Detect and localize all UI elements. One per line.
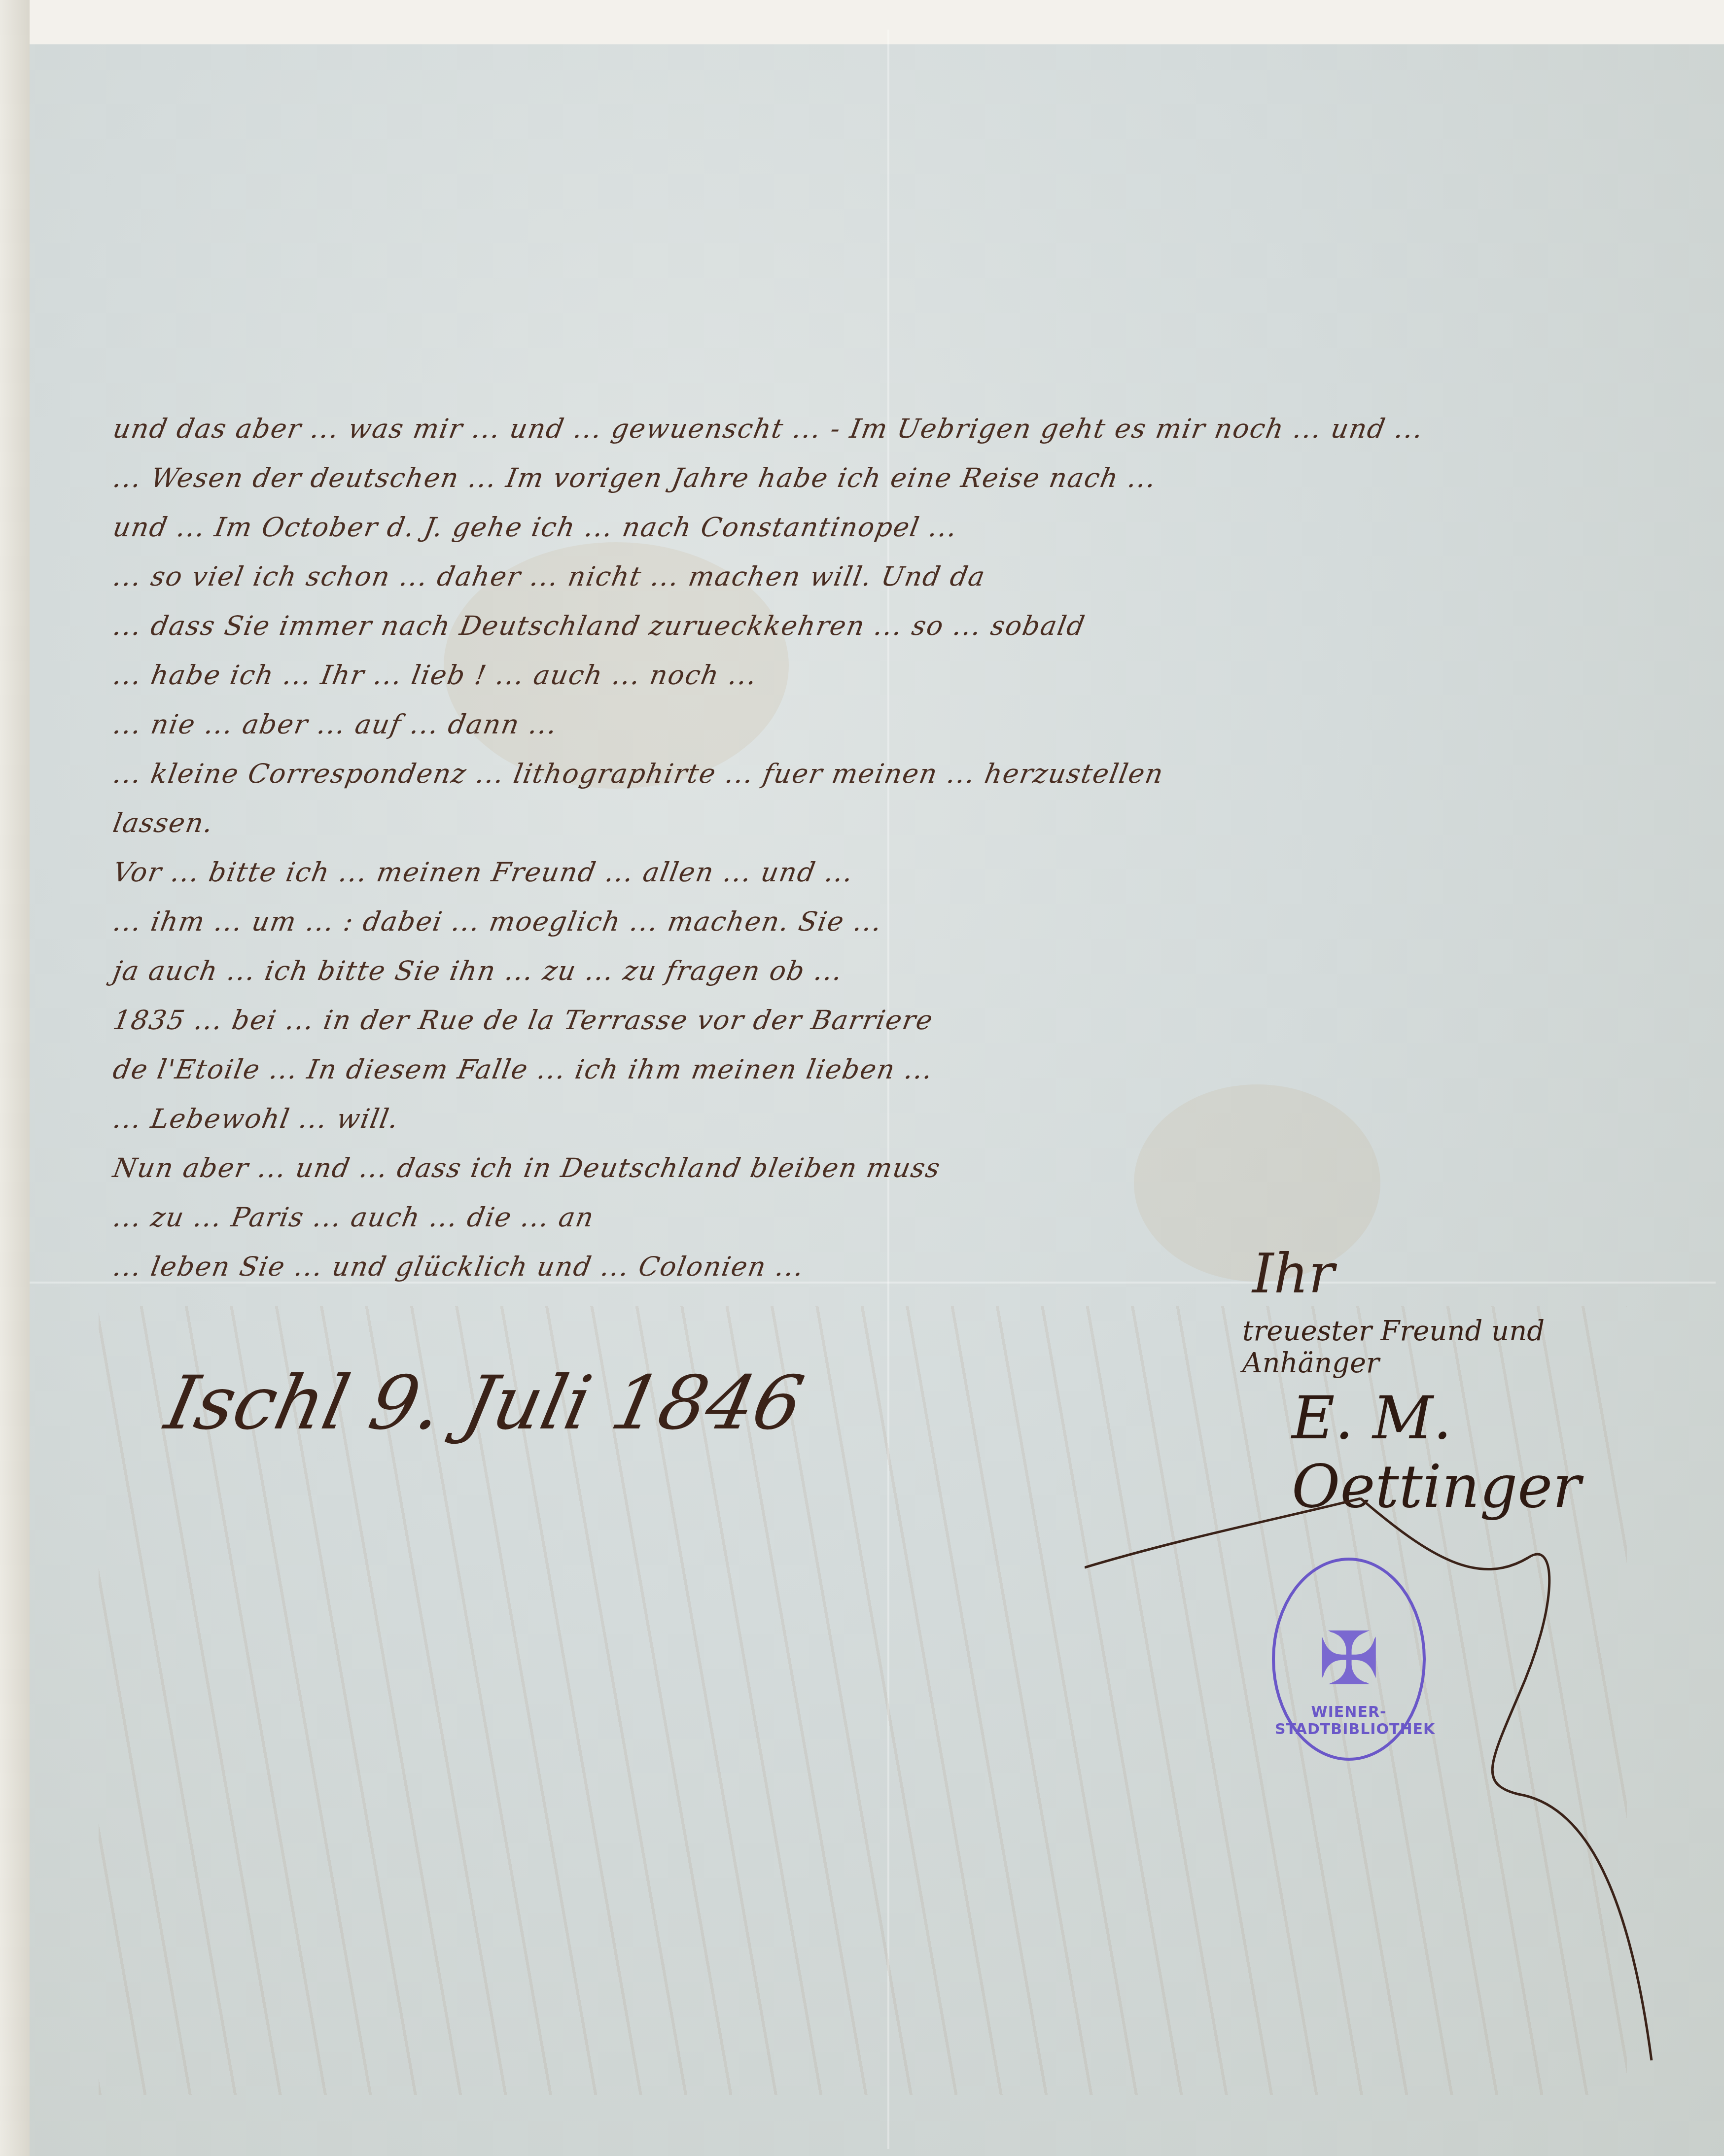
body-line: ... so viel ich schon ... daher ... nich… <box>109 552 1681 601</box>
body-line: lassen. <box>109 799 1681 848</box>
closing-phrase: treuester Freund und Anhänger <box>1242 1315 1686 1379</box>
body-line: ja auch ... ich bitte Sie ihn ... zu ...… <box>109 946 1681 996</box>
body-line: ... habe ich ... Ihr ... lieb ! ... auch… <box>109 651 1681 700</box>
body-line: ... Wesen der deutschen ... Im vorigen J… <box>109 453 1681 503</box>
body-line: ... nie ... aber ... auf ... dann ... <box>109 700 1681 749</box>
double-eagle-icon: ✠ <box>1318 1616 1380 1702</box>
scan-margin-left <box>0 0 30 2156</box>
closing-salutation: Ihr <box>1252 1242 1686 1305</box>
body-line: ... ihm ... um ... : dabei ... moeglich … <box>109 897 1681 946</box>
letter-body: und das aber ... was mir ... und ... gew… <box>113 404 1676 1291</box>
body-line: ... zu ... Paris ... auch ... die ... an <box>109 1193 1681 1242</box>
body-line: ... dass Sie immer nach Deutschland zuru… <box>109 601 1681 651</box>
letter-sheet: und das aber ... was mir ... und ... gew… <box>0 0 1724 2156</box>
library-stamp: ✠ WIENER-STADTBIBLIOTHEK <box>1272 1558 1426 1761</box>
scan-margin-top <box>0 0 1724 44</box>
body-line: Nun aber ... und ... dass ich in Deutsch… <box>109 1144 1681 1193</box>
body-line: 1835 ... bei ... in der Rue de la Terras… <box>109 996 1681 1045</box>
body-line: Vor ... bitte ich ... meinen Freund ... … <box>109 848 1681 897</box>
body-line: ... Lebewohl ... will. <box>109 1094 1681 1144</box>
stamp-text: WIENER-STADTBIBLIOTHEK <box>1275 1704 1423 1738</box>
body-line: und ... Im October d. J. gehe ich ... na… <box>109 503 1681 552</box>
dateline: Ischl 9. Juli 1846 <box>159 1360 810 1446</box>
body-line: und das aber ... was mir ... und ... gew… <box>109 404 1681 453</box>
body-line: ... kleine Correspondenz ... lithographi… <box>109 749 1681 799</box>
body-line: de l'Etoile ... In diesem Falle ... ich … <box>109 1045 1681 1094</box>
